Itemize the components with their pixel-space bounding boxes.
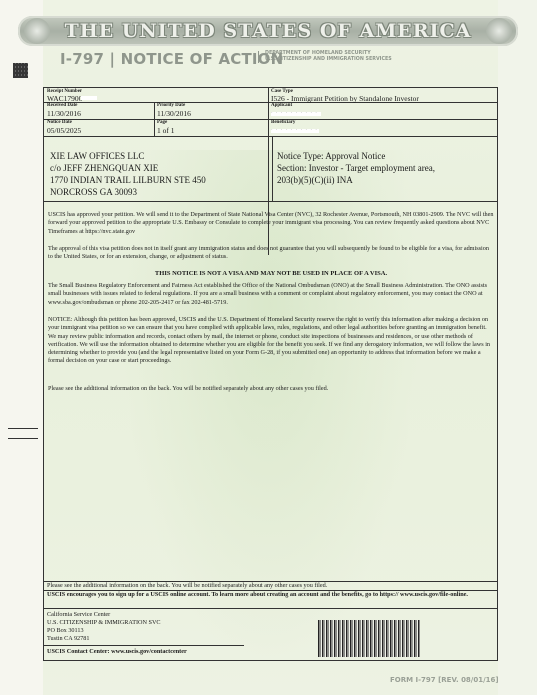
footer-notice-line: Please see the additional information on… bbox=[47, 582, 493, 590]
rosette-ornament-icon bbox=[486, 18, 512, 44]
case-type-value: I526 - Immigrant Petition by Standalone … bbox=[271, 94, 419, 103]
verification-notice-paragraph: NOTICE: Although this petition has been … bbox=[48, 316, 494, 366]
beneficiary-redacted-marks: · · · · · · · · · · bbox=[271, 128, 318, 133]
service-center-line-1: California Service Center bbox=[47, 611, 161, 619]
country-banner: THE UNITED STATES OF AMERICA bbox=[18, 16, 518, 46]
ombudsman-paragraph: The Small Business Regulatory Enforcemen… bbox=[48, 282, 494, 307]
service-center-line-2: U.S. CITIZENSHIP & IMMIGRATION SVC bbox=[47, 619, 161, 627]
service-center-line-3: PO Box 30113 bbox=[47, 627, 161, 635]
approval-paragraph: USCIS has approved your petition. We wil… bbox=[48, 211, 494, 236]
rosette-ornament-icon bbox=[24, 18, 50, 44]
mailing-address: XIE LAW OFFICES LLC c/o JEFF ZHENGQUAN X… bbox=[50, 150, 206, 198]
barcode-icon bbox=[318, 620, 420, 657]
received-date-value: 11/30/2016 bbox=[47, 109, 81, 118]
page-value: 1 of 1 bbox=[157, 126, 175, 135]
contact-center: USCIS Contact Center: www.uscis.gov/cont… bbox=[47, 648, 187, 656]
service-center-line-4: Tustin CA 92781 bbox=[47, 635, 161, 643]
not-a-visa-warning: THIS NOTICE IS NOT A VISA AND MAY NOT BE… bbox=[48, 270, 494, 277]
notice-section: Section: Investor - Target employment ar… bbox=[277, 162, 435, 174]
applicant-label: Applicant bbox=[271, 103, 292, 109]
form-title: I-797 | NOTICE OF ACTION bbox=[60, 50, 283, 68]
divider bbox=[44, 645, 244, 646]
divider bbox=[154, 102, 155, 136]
redaction bbox=[81, 96, 97, 100]
address-line-1: XIE LAW OFFICES LLC bbox=[50, 150, 206, 162]
department-line-2: U.S. CITIZENSHIP AND IMMIGRATION SERVICE… bbox=[265, 57, 392, 63]
address-line-2: c/o JEFF ZHENGQUAN XIE bbox=[50, 162, 206, 174]
service-center-address: California Service Center U.S. CITIZENSH… bbox=[47, 611, 161, 643]
address-line-4: NORCROSS GA 30093 bbox=[50, 186, 206, 198]
receipt-number-value: WAC17900 bbox=[47, 94, 82, 103]
notice-form: Receipt Number WAC17900 Case Type I526 -… bbox=[43, 87, 498, 661]
online-account-notice: USCIS encourages you to sign up for a US… bbox=[47, 591, 493, 599]
divider bbox=[44, 608, 497, 609]
notice-section-code: 203(b)(5)(C)(ii) INA bbox=[277, 174, 435, 186]
fold-mark bbox=[8, 438, 38, 439]
datamatrix-code-icon bbox=[13, 63, 28, 78]
notice-type: Notice Type: Approval Notice bbox=[277, 150, 435, 162]
divider bbox=[44, 136, 497, 137]
notice-date-value: 05/05/2025 bbox=[47, 126, 81, 135]
address-line-3: 1770 INDIAN TRAIL LILBURN STE 450 bbox=[50, 174, 206, 186]
divider bbox=[272, 136, 273, 201]
department-name: DEPARTMENT OF HOMELAND SECURITY U.S. CIT… bbox=[258, 51, 392, 63]
beneficiary-label: Beneficiary bbox=[271, 120, 295, 126]
notice-info: Notice Type: Approval Notice Section: In… bbox=[277, 150, 435, 186]
page-margin-right bbox=[498, 0, 537, 695]
divider bbox=[44, 201, 497, 202]
priority-date-value: 11/30/2016 bbox=[157, 109, 191, 118]
page-margin-left bbox=[0, 0, 43, 695]
banner-text: THE UNITED STATES OF AMERICA bbox=[65, 20, 472, 42]
form-revision: FORM I-797 [REV. 08/01/16] bbox=[390, 676, 499, 684]
applicant-redacted-marks: · · · · · · · · · · bbox=[271, 111, 318, 116]
additional-info-paragraph: Please see the additional information on… bbox=[48, 385, 494, 393]
fold-mark bbox=[8, 428, 38, 429]
eligibility-paragraph: The approval of this visa petition does … bbox=[48, 245, 494, 262]
